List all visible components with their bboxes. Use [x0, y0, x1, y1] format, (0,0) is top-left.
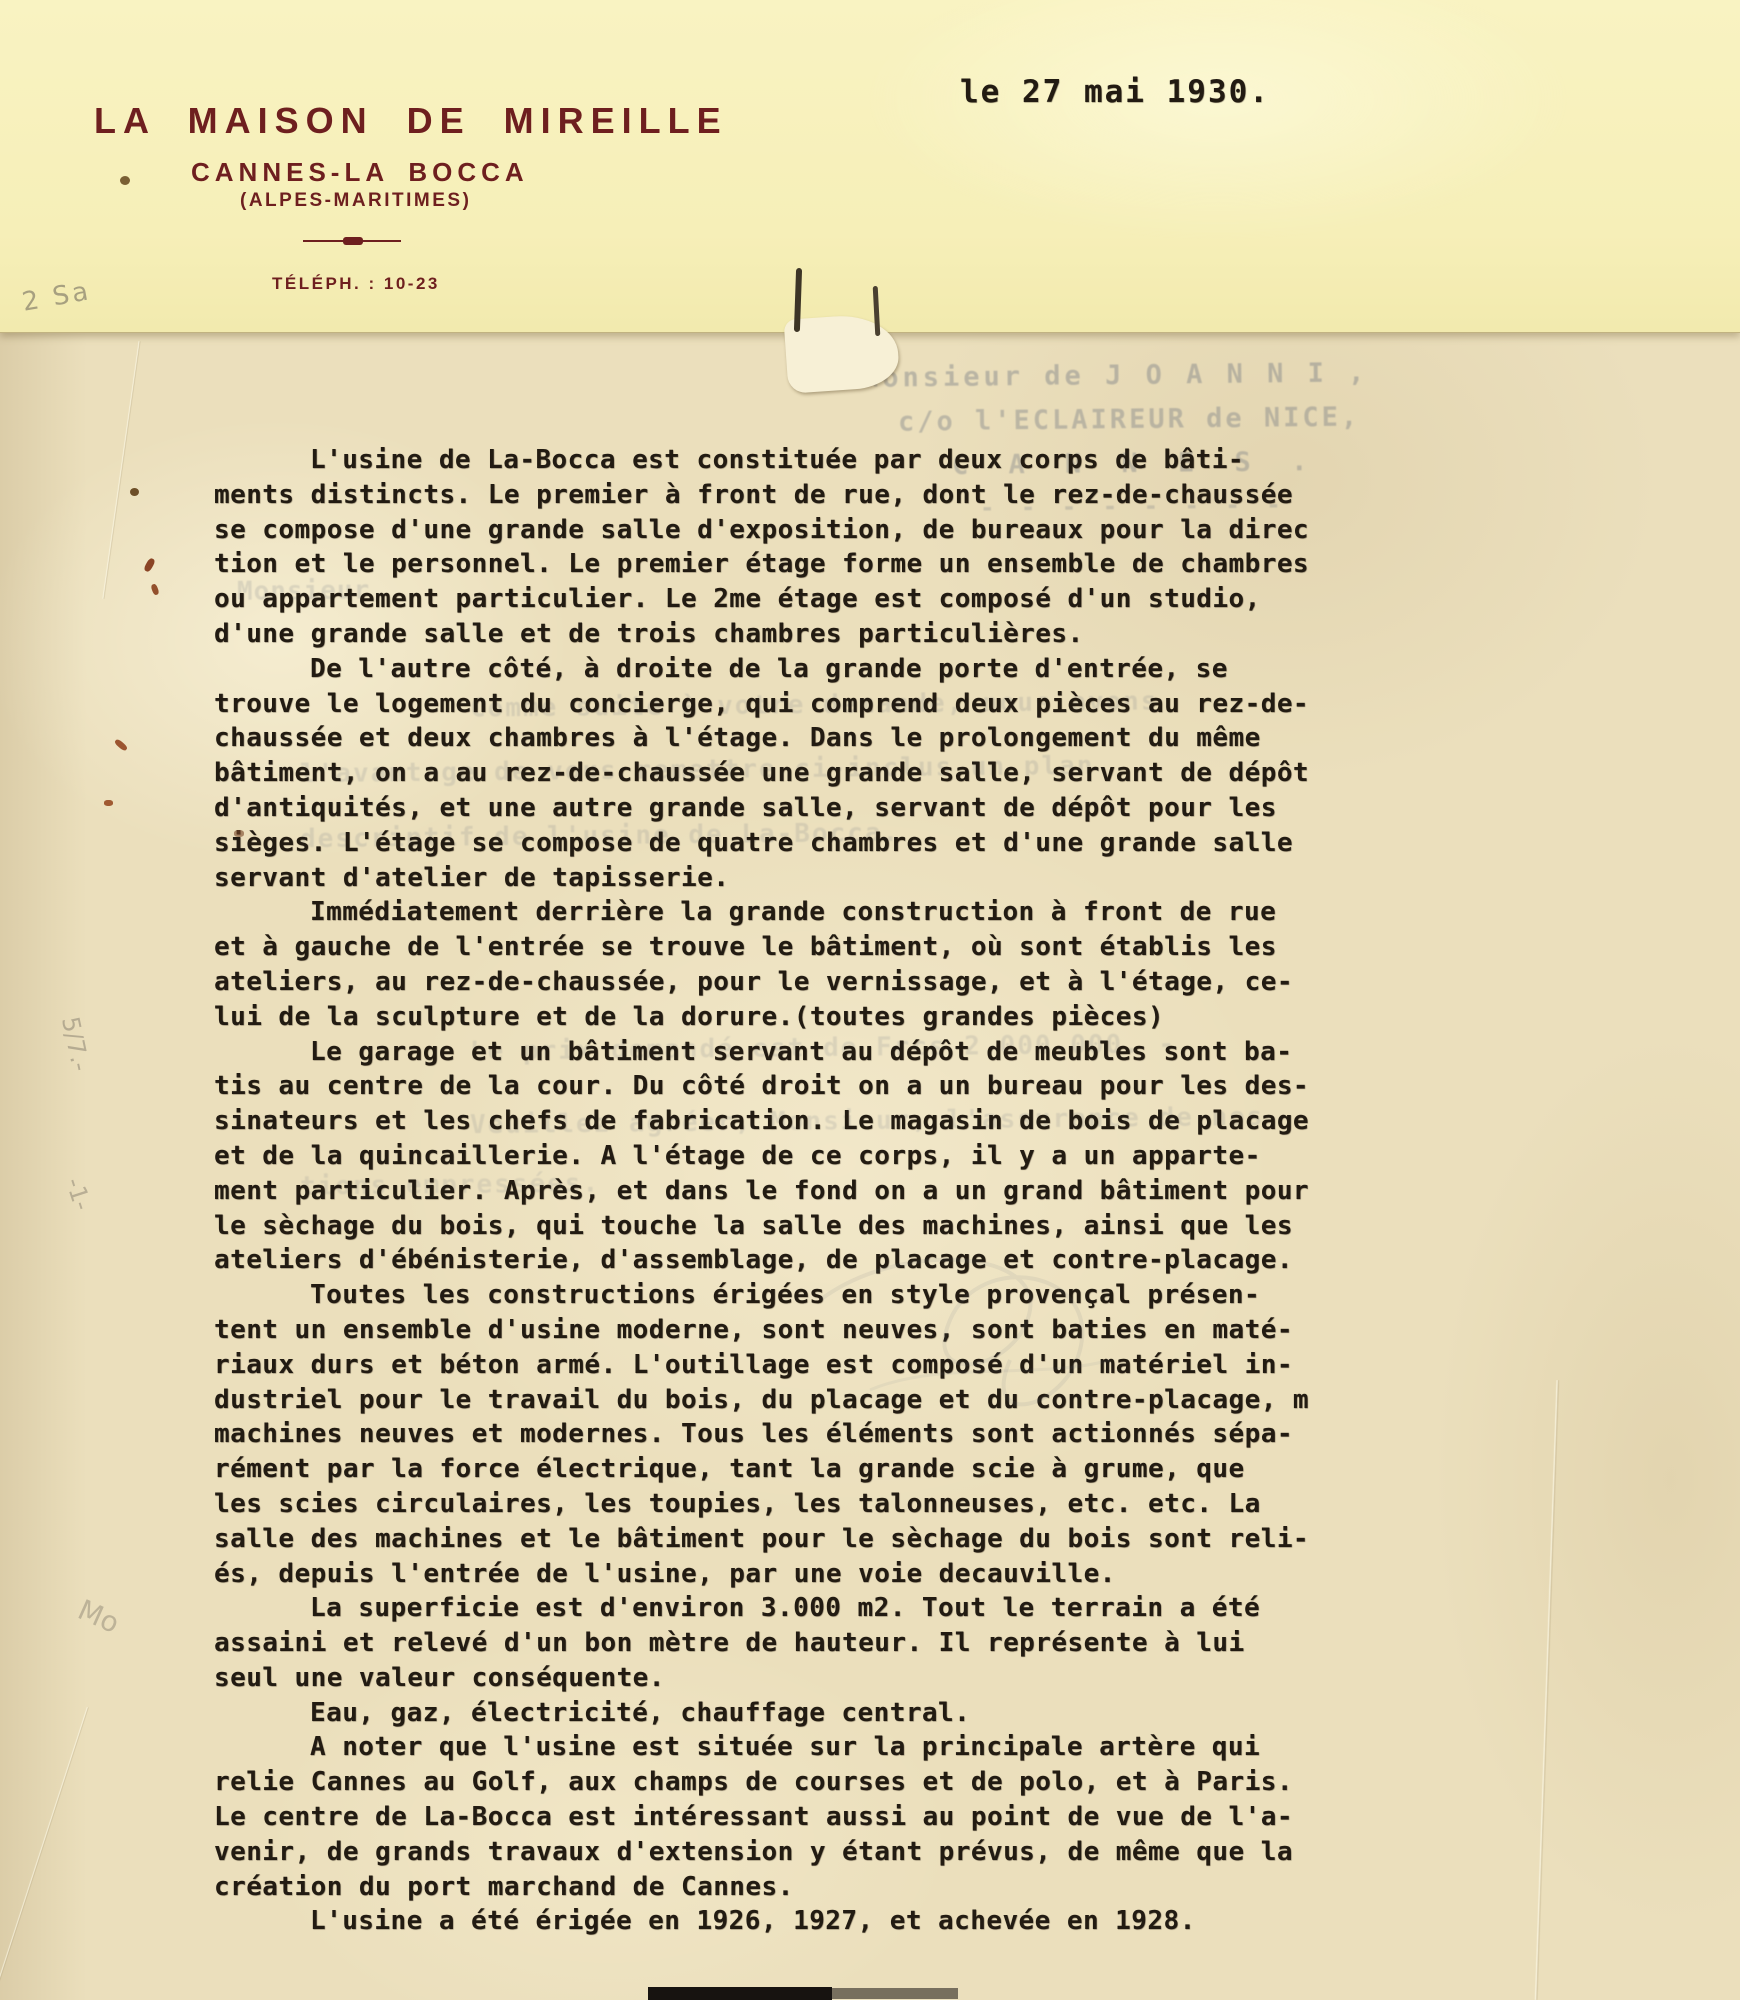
typed-line: seul une valeur conséquente.	[214, 1661, 1329, 1696]
typed-line: chaussée et deux chambres à l'étage. Dan…	[214, 721, 1329, 756]
typed-line: ments distincts. Le premier à front de r…	[214, 478, 1329, 513]
scanned-letter-page: Monsieur de J O A N N I ,c/o l'ECLAIREUR…	[0, 0, 1740, 2000]
paper-speck	[234, 830, 244, 837]
typed-line: Immédiatement derrière la grande constru…	[214, 895, 1329, 930]
typed-line: tion et le personnel. Le premier étage f…	[214, 547, 1329, 582]
typed-line: és, depuis l'entrée de l'usine, par une …	[214, 1557, 1329, 1592]
typed-line: lui de la sculpture et de la dorure.(tou…	[214, 1000, 1329, 1035]
typed-line: Le centre de La-Bocca est intéressant au…	[214, 1800, 1329, 1835]
ink-scrawl	[780, 1180, 1200, 1480]
typed-line: ateliers, au rez-de-chaussée, pour le ve…	[214, 965, 1329, 1000]
letterhead-divider-ornament	[303, 236, 401, 245]
pencil-annotation: -1-	[60, 1174, 97, 1214]
company-department: (ALPES-MARITIMES)	[240, 190, 468, 212]
paper-crease	[1534, 1380, 1560, 2000]
bottom-edge-black-bar-faded	[832, 1988, 958, 1999]
typed-line: A noter que l'usine est située sur la pr…	[214, 1730, 1329, 1765]
typed-line: ou appartement particulier. Le 2me étage…	[214, 582, 1329, 617]
typed-line: sinateurs et les chefs de fabrication. L…	[214, 1104, 1329, 1139]
divider-center-blob	[343, 237, 363, 245]
phone-line: TÉLÉPH. : 10-23	[272, 274, 440, 294]
company-name: LA MAISON DE MIREILLE	[94, 100, 624, 142]
company-city: CANNES-LA BOCCA	[191, 157, 433, 188]
paper-speck	[120, 176, 130, 185]
paper-speck	[130, 488, 139, 496]
typed-line: Eau, gaz, électricité, chauffage central…	[214, 1696, 1329, 1731]
typed-line: sièges. L'étage se compose de quatre cha…	[214, 826, 1329, 861]
paper-speck	[143, 557, 156, 573]
paper-crease	[0, 1707, 89, 1993]
ghost-recipient-line: Monsieur de J O A N N I ,	[862, 357, 1369, 393]
pencil-annotation: 5/7.-	[56, 1014, 95, 1074]
typed-line: De l'autre côté, à droite de la grande p…	[214, 652, 1329, 687]
typed-line: et à gauche de l'entrée se trouve le bât…	[214, 930, 1329, 965]
typed-line: servant d'atelier de tapisserie.	[214, 861, 1329, 896]
typed-line: assaini et relevé d'un bon mètre de haut…	[214, 1626, 1329, 1661]
paper-speck	[114, 738, 129, 752]
typed-line: d'antiquités, et une autre grande salle,…	[214, 791, 1329, 826]
paper-crease	[102, 341, 141, 599]
typed-line: La superficie est d'environ 3.000 m2. To…	[214, 1591, 1329, 1626]
typed-line: trouve le logement du concierge, qui com…	[214, 687, 1329, 722]
typed-line: les scies circulaires, les toupies, les …	[214, 1487, 1329, 1522]
typed-line: L'usine a été érigée en 1926, 1927, et a…	[214, 1904, 1329, 1939]
typed-line: relie Cannes au Golf, aux champs de cour…	[214, 1765, 1329, 1800]
typed-line: tis au centre de la cour. Du côté droit …	[214, 1069, 1329, 1104]
typed-line: L'usine de La-Bocca est constituée par d…	[214, 443, 1329, 478]
paper-speck	[150, 583, 159, 595]
typed-line: et de la quincaillerie. A l'étage de ce …	[214, 1139, 1329, 1174]
typed-line: bâtiment, on a au rez-de-chaussée une gr…	[214, 756, 1329, 791]
ghost-recipient-line: c/o l'ECLAIREUR de NICE,	[898, 402, 1360, 438]
paper-speck	[104, 800, 113, 806]
typed-line: se compose d'une grande salle d'expositi…	[214, 513, 1329, 548]
typed-line: création du port marchand de Cannes.	[214, 1870, 1329, 1905]
date-line: le 27 mai 1930.	[960, 74, 1270, 110]
typed-line: venir, de grands travaux d'extension y é…	[214, 1835, 1329, 1870]
bottom-edge-black-bar	[648, 1987, 832, 2000]
typed-line: d'une grande salle et de trois chambres …	[214, 617, 1329, 652]
pencil-annotation: Mo	[73, 1593, 124, 1640]
typed-line: salle des machines et le bâtiment pour l…	[214, 1522, 1329, 1557]
typed-line: Le garage et un bâtiment servant au dépô…	[214, 1035, 1329, 1070]
